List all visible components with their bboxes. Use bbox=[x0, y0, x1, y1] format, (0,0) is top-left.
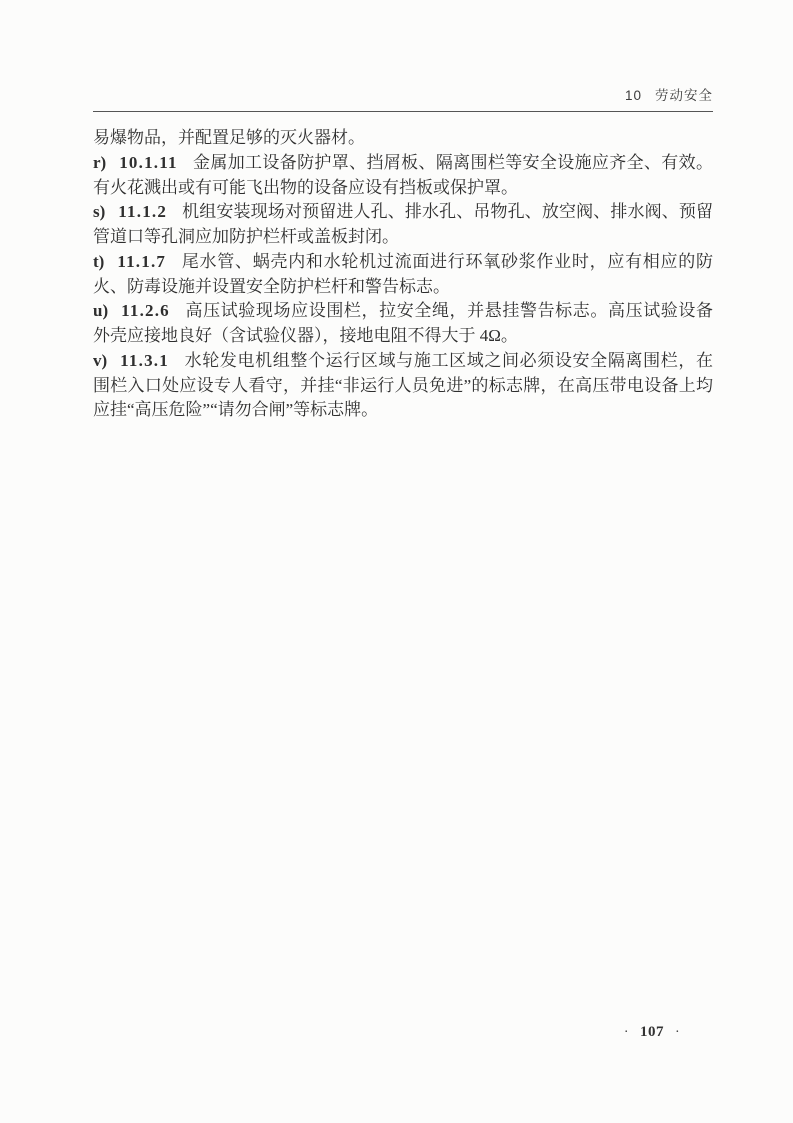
line-text: 易爆物品，并配置足够的灭火器材。 bbox=[93, 128, 365, 147]
paragraph: r)10.1.11金属加工设备防护罩、挡屑板、隔离围栏等安全设施应齐全、有效。有… bbox=[93, 151, 713, 201]
paragraph-line: 火、防毒设施并设置安全防护栏杆和警告标志。 bbox=[93, 275, 713, 300]
line-text: 尾水管、蜗壳内和水轮机过流面进行环氧砂浆作业时，应有相应的防 bbox=[181, 252, 713, 271]
paragraph-line: 围栏入口处应设专人看守，并挂“非运行人员免进”的标志牌，在高压带电设备上均 bbox=[93, 374, 713, 399]
paragraph-line: 易爆物品，并配置足够的灭火器材。 bbox=[93, 126, 713, 151]
paragraph: u)11.2.6高压试验现场应设围栏，拉安全绳，并悬挂警告标志。高压试验设备外壳… bbox=[93, 299, 713, 349]
clause-number: 10.1.11 bbox=[119, 153, 177, 172]
paragraph: v)11.3.1水轮发电机组整个运行区域与施工区域之间必须设安全隔离围栏，在围栏… bbox=[93, 349, 713, 423]
line-text: 应挂“高压危险”“请勿合闸”等标志牌。 bbox=[93, 400, 378, 419]
paragraph-line: r)10.1.11金属加工设备防护罩、挡屑板、隔离围栏等安全设施应齐全、有效。 bbox=[93, 151, 713, 176]
line-text: 围栏入口处应设专人看守，并挂“非运行人员免进”的标志牌，在高压带电设备上均 bbox=[93, 376, 713, 395]
clause-number: 11.3.1 bbox=[120, 351, 169, 370]
clause-number: 11.1.2 bbox=[118, 202, 167, 221]
running-head: 10劳动安全 bbox=[93, 84, 713, 112]
page-footer: ·107· bbox=[586, 1024, 718, 1041]
paragraph-line: 外壳应接地良好（含试验仪器），接地电阻不得大于 4Ω。 bbox=[93, 324, 713, 349]
item-label: v) bbox=[93, 351, 107, 370]
line-text: 外壳应接地良好（含试验仪器），接地电阻不得大于 4Ω。 bbox=[93, 326, 518, 345]
clause-number: 11.2.6 bbox=[121, 301, 170, 320]
running-head-chapter-title: 劳动安全 bbox=[655, 88, 713, 103]
line-text: 机组安装现场对预留进人孔、排水孔、吊物孔、放空阀、排水阀、预留 bbox=[182, 202, 713, 221]
item-label: t) bbox=[93, 252, 104, 271]
clause-number: 11.1.7 bbox=[117, 252, 166, 271]
running-head-chapter-number: 10 bbox=[625, 88, 642, 103]
paragraph: t)11.1.7尾水管、蜗壳内和水轮机过流面进行环氧砂浆作业时，应有相应的防火、… bbox=[93, 250, 713, 300]
paragraph-line: 管道口等孔洞应加防护栏杆或盖板封闭。 bbox=[93, 225, 713, 250]
paragraph-line: 应挂“高压危险”“请勿合闸”等标志牌。 bbox=[93, 398, 713, 423]
line-text: 高压试验现场应设围栏，拉安全绳，并悬挂警告标志。高压试验设备 bbox=[185, 301, 713, 320]
page-body: 易爆物品，并配置足够的灭火器材。r)10.1.11金属加工设备防护罩、挡屑板、隔… bbox=[93, 126, 713, 423]
paragraph-line: u)11.2.6高压试验现场应设围栏，拉安全绳，并悬挂警告标志。高压试验设备 bbox=[93, 299, 713, 324]
line-text: 火、防毒设施并设置安全防护栏杆和警告标志。 bbox=[93, 277, 450, 296]
line-text: 水轮发电机组整个运行区域与施工区域之间必须设安全隔离围栏，在 bbox=[184, 351, 713, 370]
paragraph: s)11.1.2机组安装现场对预留进人孔、排水孔、吊物孔、放空阀、排水阀、预留管… bbox=[93, 200, 713, 250]
paragraph-line: 有火花溅出或有可能飞出物的设备应设有挡板或保护罩。 bbox=[93, 176, 713, 201]
paragraph-line: s)11.1.2机组安装现场对预留进人孔、排水孔、吊物孔、放空阀、排水阀、预留 bbox=[93, 200, 713, 225]
paragraph-line: v)11.3.1水轮发电机组整个运行区域与施工区域之间必须设安全隔离围栏，在 bbox=[93, 349, 713, 374]
line-text: 金属加工设备防护罩、挡屑板、隔离围栏等安全设施应齐全、有效。 bbox=[193, 153, 713, 172]
paragraph: 易爆物品，并配置足够的灭火器材。 bbox=[93, 126, 713, 151]
document-page: 10劳动安全 易爆物品，并配置足够的灭火器材。r)10.1.11金属加工设备防护… bbox=[0, 0, 793, 1123]
paragraph-line: t)11.1.7尾水管、蜗壳内和水轮机过流面进行环氧砂浆作业时，应有相应的防 bbox=[93, 250, 713, 275]
item-label: r) bbox=[93, 153, 106, 172]
line-text: 管道口等孔洞应加防护栏杆或盖板封闭。 bbox=[93, 227, 399, 246]
page-number-right-dot: · bbox=[675, 1025, 680, 1040]
line-text: 有火花溅出或有可能飞出物的设备应设有挡板或保护罩。 bbox=[93, 178, 518, 197]
page-number-left-dot: · bbox=[624, 1025, 629, 1040]
page-number: 107 bbox=[640, 1024, 664, 1040]
item-label: u) bbox=[93, 301, 108, 320]
item-label: s) bbox=[93, 202, 105, 221]
